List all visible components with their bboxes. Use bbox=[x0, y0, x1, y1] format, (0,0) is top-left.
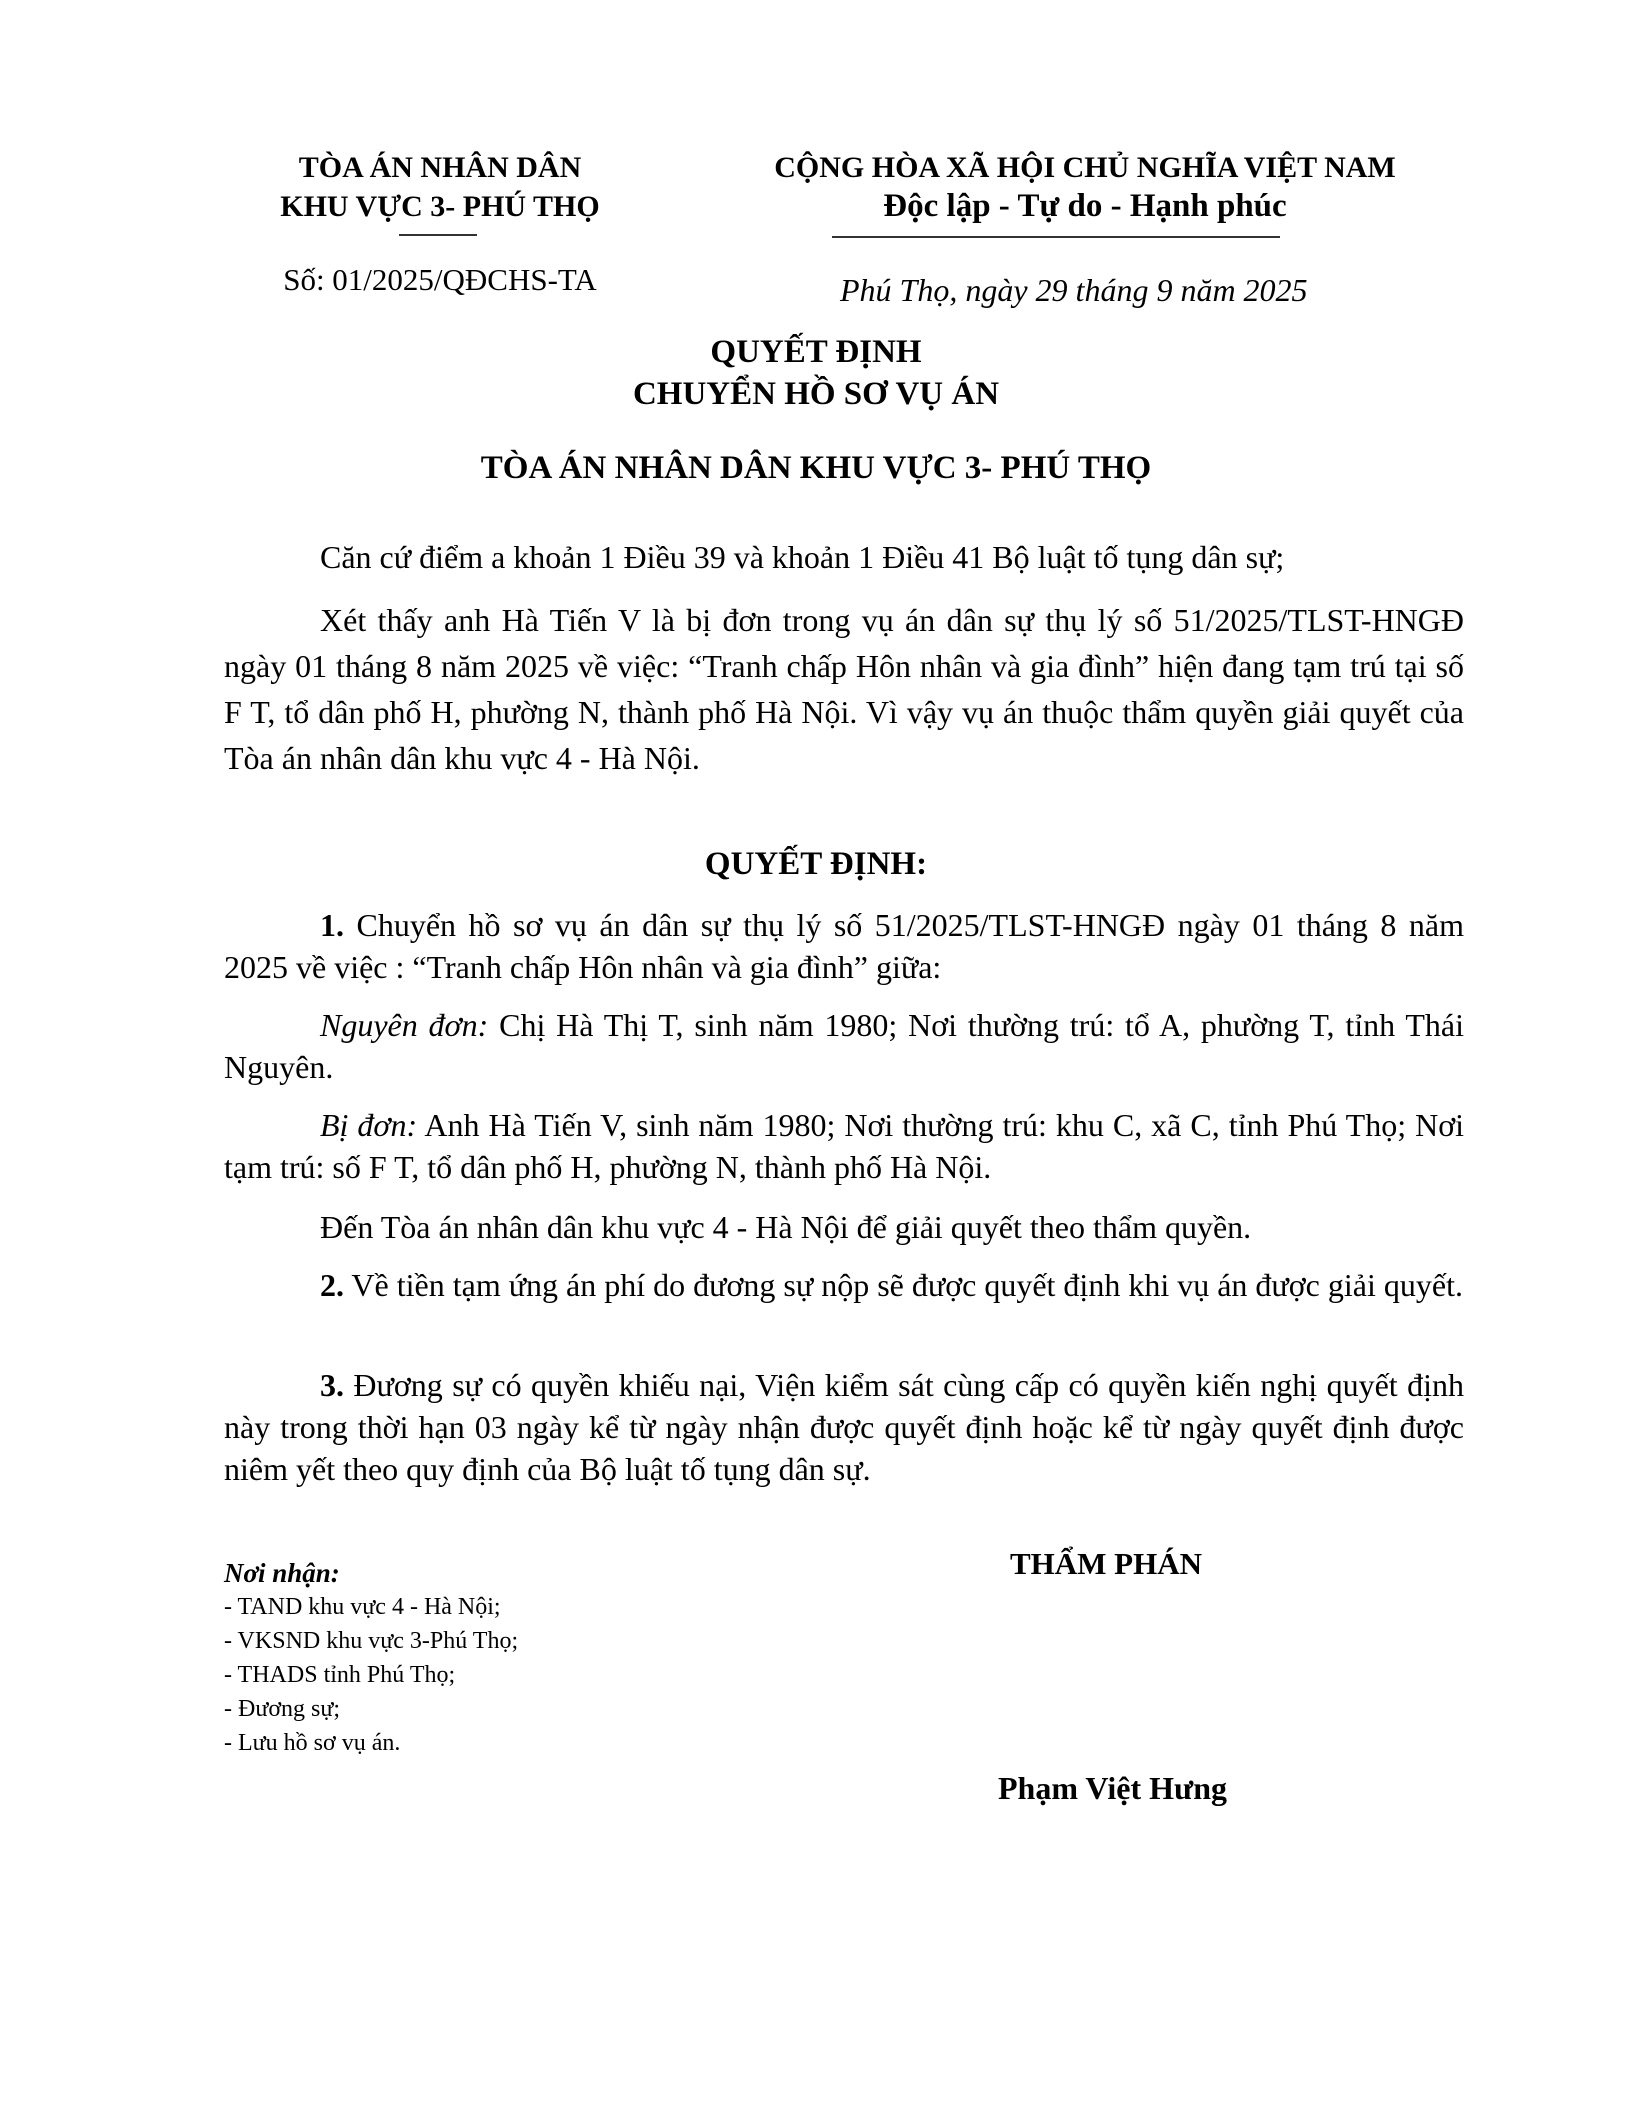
recipient-item: - TAND khu vực 4 - Hà Nội; bbox=[224, 1590, 518, 1624]
item-1-number: 1. bbox=[320, 907, 344, 943]
issuing-court: TÒA ÁN NHÂN DÂN KHU VỰC 3- PHÚ THỌ bbox=[0, 450, 1632, 487]
document-subtitle: CHUYỂN HỒ SƠ VỤ ÁN bbox=[0, 376, 1632, 413]
recipient-item: - Đương sự; bbox=[224, 1692, 518, 1726]
court-name-line2: KHU VỰC 3- PHÚ THỌ bbox=[230, 187, 650, 226]
place-date: Phú Thọ, ngày 29 tháng 9 năm 2025 bbox=[840, 272, 1308, 309]
considering-paragraph: Xét thấy anh Hà Tiến V là bị đơn trong v… bbox=[224, 597, 1464, 781]
recipient-item: - VKSND khu vực 3-Phú Thọ; bbox=[224, 1624, 518, 1658]
item-2-number: 2. bbox=[320, 1267, 344, 1303]
plaintiff-label: Nguyên đơn: bbox=[320, 1007, 488, 1043]
court-divider bbox=[399, 234, 477, 236]
decision-item-1: 1. Chuyển hồ sơ vụ án dân sự thụ lý số 5… bbox=[224, 904, 1464, 988]
plaintiff-info: Nguyên đơn: Chị Hà Thị T, sinh năm 1980;… bbox=[224, 1004, 1464, 1088]
item-3-number: 3. bbox=[320, 1367, 344, 1403]
signer-name: Phạm Việt Hưng bbox=[998, 1770, 1227, 1807]
court-name-line1: TÒA ÁN NHÂN DÂN bbox=[230, 148, 650, 187]
signer-title: THẨM PHÁN bbox=[1010, 1546, 1202, 1582]
decision-item-2: 2. Về tiền tạm ứng án phí do đương sự nộ… bbox=[224, 1264, 1464, 1306]
recipients-block: Nơi nhận: - TAND khu vực 4 - Hà Nội; - V… bbox=[224, 1556, 518, 1760]
transfer-destination: Đến Tòa án nhân dân khu vực 4 - Hà Nội đ… bbox=[224, 1206, 1464, 1248]
item-1-text: Chuyển hồ sơ vụ án dân sự thụ lý số 51/2… bbox=[224, 907, 1464, 985]
nation-name: CỘNG HÒA XÃ HỘI CHỦ NGHĨA VIỆT NAM bbox=[735, 148, 1435, 187]
national-motto: CỘNG HÒA XÃ HỘI CHỦ NGHĨA VIỆT NAM Độc l… bbox=[735, 148, 1435, 226]
legal-basis: Căn cứ điểm a khoản 1 Điều 39 và khoản 1… bbox=[224, 536, 1464, 578]
decision-item-3: 3. Đương sự có quyền khiếu nại, Viện kiể… bbox=[224, 1364, 1464, 1490]
decision-heading: QUYẾT ĐỊNH: bbox=[0, 846, 1632, 883]
document-title: QUYẾT ĐỊNH bbox=[0, 334, 1632, 371]
motto: Độc lập - Tự do - Hạnh phúc bbox=[735, 187, 1435, 226]
defendant-info: Bị đơn: Anh Hà Tiến V, sinh năm 1980; Nơ… bbox=[224, 1104, 1464, 1188]
defendant-label: Bị đơn: bbox=[320, 1107, 417, 1143]
recipient-item: - THADS tỉnh Phú Thọ; bbox=[224, 1658, 518, 1692]
item-3-text: Đương sự có quyền khiếu nại, Viện kiểm s… bbox=[224, 1367, 1464, 1487]
motto-underline bbox=[832, 236, 1280, 238]
document-number: Số: 01/2025/QĐCHS-TA bbox=[230, 262, 650, 298]
item-2-text: Về tiền tạm ứng án phí do đương sự nộp s… bbox=[344, 1267, 1463, 1303]
court-name: TÒA ÁN NHÂN DÂN KHU VỰC 3- PHÚ THỌ bbox=[230, 148, 650, 226]
recipients-heading: Nơi nhận: bbox=[224, 1556, 518, 1590]
recipient-item: - Lưu hồ sơ vụ án. bbox=[224, 1726, 518, 1760]
